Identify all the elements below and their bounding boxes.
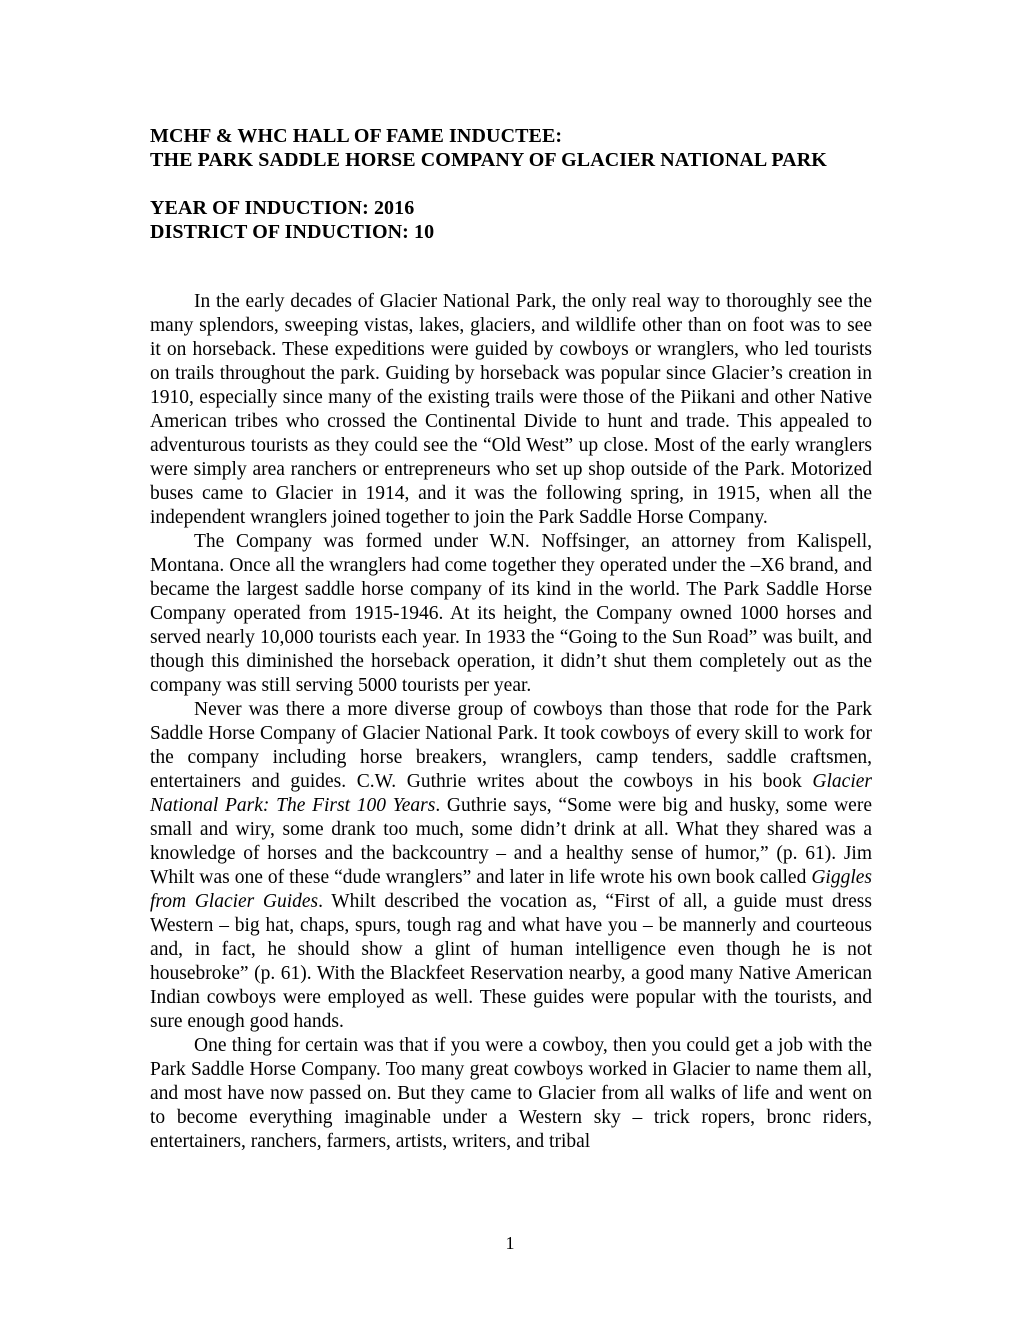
page-footer: 1 [0, 1232, 1020, 1254]
paragraph-1: In the early decades of Glacier National… [150, 290, 872, 530]
text-run: . Whilt described the vocation as, “Firs… [150, 891, 872, 1032]
document-body: In the early decades of Glacier National… [150, 290, 872, 1154]
paragraph-3: Never was there a more diverse group of … [150, 698, 872, 1034]
paragraph-2: The Company was formed under W.N. Noffsi… [150, 530, 872, 698]
year-of-induction: YEAR OF INDUCTION: 2016 [150, 196, 872, 220]
document-page: MCHF & WHC HALL OF FAME INDUCTEE: THE PA… [0, 0, 1020, 1320]
document-content: MCHF & WHC HALL OF FAME INDUCTEE: THE PA… [150, 124, 872, 1154]
text-run: The Company was formed under W.N. Noffsi… [150, 531, 872, 696]
document-title-line-1: MCHF & WHC HALL OF FAME INDUCTEE: [150, 124, 872, 148]
text-run: In the early decades of Glacier National… [150, 291, 872, 528]
text-run: Never was there a more diverse group of … [150, 699, 872, 792]
header-body-gap [150, 244, 872, 290]
paragraph-4: One thing for certain was that if you we… [150, 1034, 872, 1154]
text-run: One thing for certain was that if you we… [150, 1035, 872, 1152]
header-spacer [150, 172, 872, 196]
page-number: 1 [506, 1233, 515, 1253]
district-of-induction: DISTRICT OF INDUCTION: 10 [150, 220, 872, 244]
document-title-line-2: THE PARK SADDLE HORSE COMPANY OF GLACIER… [150, 148, 872, 172]
document-header: MCHF & WHC HALL OF FAME INDUCTEE: THE PA… [150, 124, 872, 244]
